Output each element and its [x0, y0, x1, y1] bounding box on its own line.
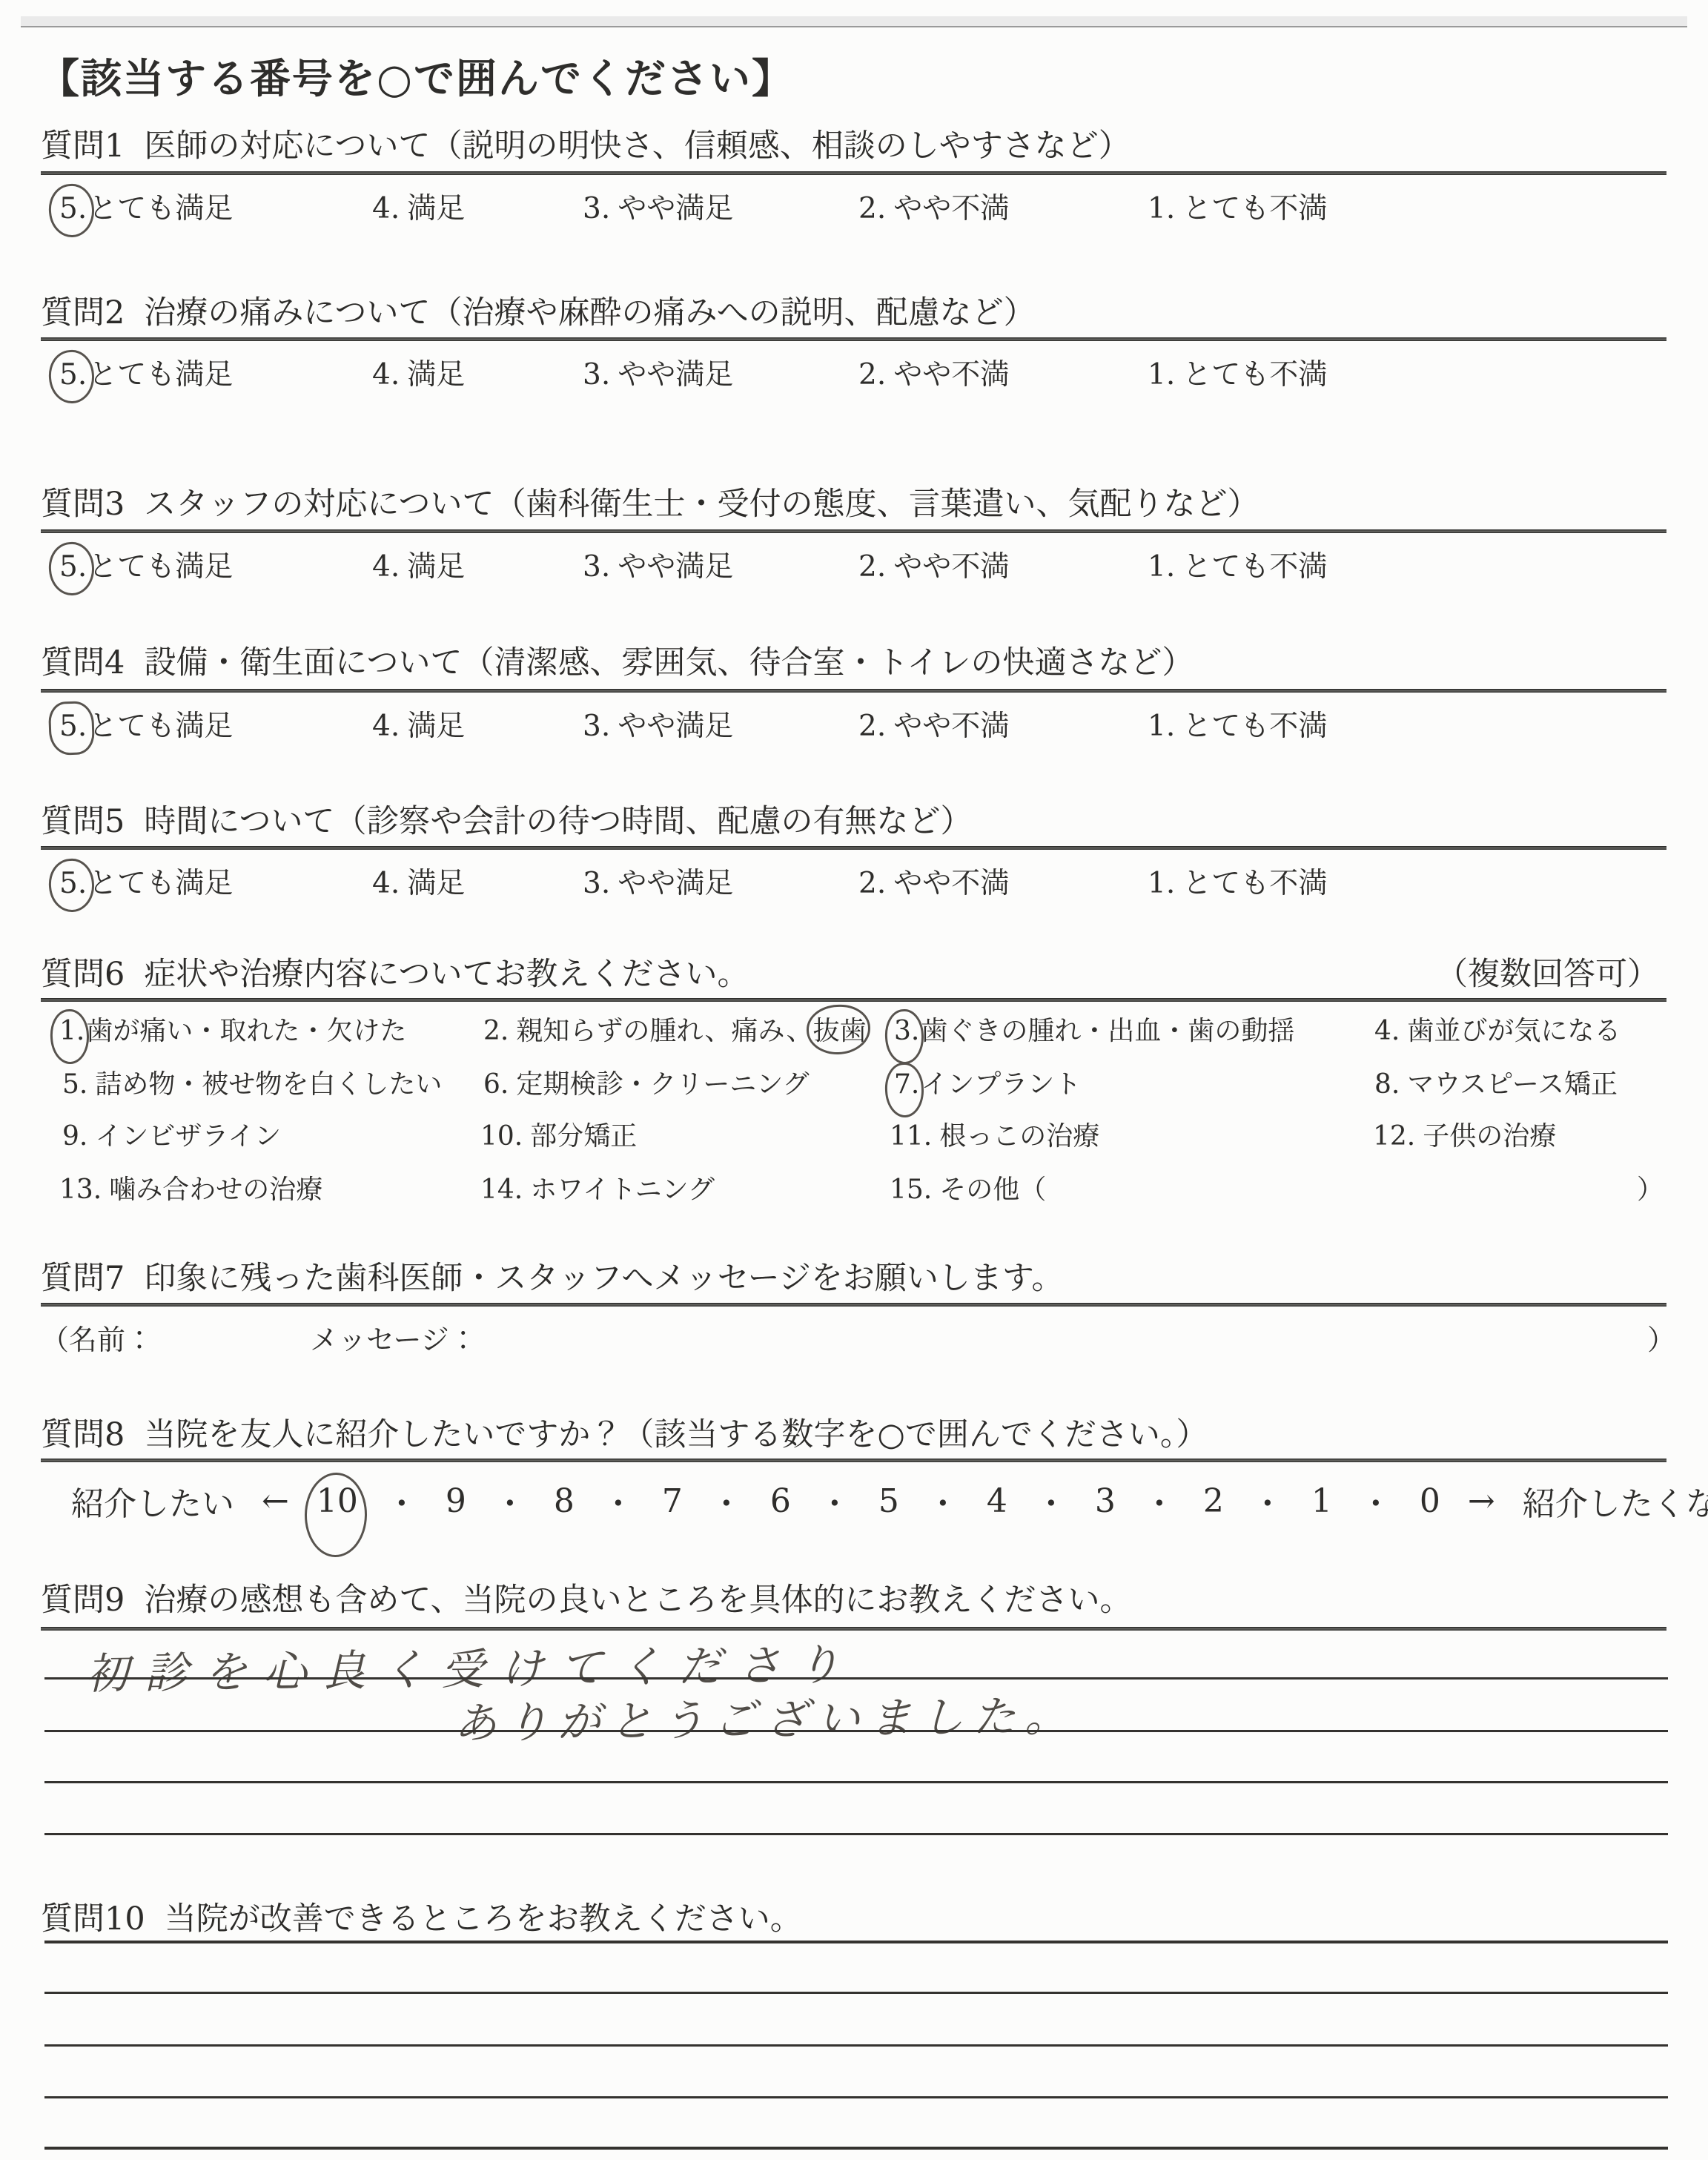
ruled-line	[44, 1941, 1668, 1943]
scale-option-5: 5.とても満足	[59, 351, 233, 393]
question-4-options: 5.とても満足 4.満足 3.やや満足 2.やや不満 1.とても不満	[0, 703, 1708, 747]
scale-option-3: 3.やや満足	[583, 185, 733, 227]
question-title: 治療の痛みについて（治療や麻酔の痛みへの説明、配慮など）	[144, 294, 1035, 331]
nps-scale-row: 紹介したい ← 10 ・ 9 ・ 8 ・ 7 ・ 6 ・ 5 ・ 4 ・ 3 ・…	[71, 1477, 1708, 1525]
q6-option-11: 11.根っこの治療	[890, 1115, 1099, 1153]
question-label: 質問3	[41, 486, 125, 523]
multiple-answers-note: （複数回答可）	[1436, 949, 1659, 994]
q6-option-15: 15.その他（	[890, 1169, 1046, 1206]
scale-option-4: 4.満足	[372, 351, 465, 393]
ruled-line	[44, 1992, 1668, 1994]
question-2-header: 質問2治療の痛みについて（治療や麻酔の痛みへの説明、配慮など）	[41, 288, 1036, 333]
question-label: 質問8	[41, 1416, 125, 1453]
q6-option-6: 6.定期検診・クリーニング	[483, 1063, 810, 1101]
question-label: 質問2	[41, 294, 125, 331]
q6-option-5: 5.詰め物・被せ物を白くしたい	[62, 1063, 442, 1101]
question-1-header: 質問1医師の対応について（説明の明快さ、信頼感、相談のしやすさなど）	[41, 121, 1131, 166]
question-label: 質問5	[41, 803, 125, 840]
name-field-label: （名前：	[41, 1317, 153, 1358]
header-underline	[41, 689, 1666, 693]
question-title: 治療の感想も含めて、当院の良いところを具体的にお教えください。	[144, 1582, 1131, 1619]
header-underline	[41, 998, 1666, 1002]
question-6-row-2: 5.詰め物・被せ物を白くしたい 6.定期検診・クリーニング 7.インプラント 8…	[0, 1063, 1708, 1108]
question-6-row-4: 13.噛み合わせの治療 14.ホワイトニング 15.その他（ ）	[0, 1169, 1708, 1213]
left-arrow-icon: ←	[262, 1482, 289, 1520]
question-label: 質問7	[41, 1260, 125, 1297]
scale-option-5: 5.とても満足	[59, 860, 233, 902]
scale-option-2: 2.やや不満	[858, 185, 1009, 227]
q6-option-8: 8.マウスピース矯正	[1374, 1063, 1618, 1101]
scale-right-label: 紹介したくない	[1523, 1477, 1708, 1525]
question-7-header: 質問7印象に残った歯科医師・スタッフへメッセージをお願いします。	[41, 1253, 1063, 1298]
handwritten-circle: 5.	[59, 358, 88, 392]
question-9-header: 質問9治療の感想も含めて、当院の良いところを具体的にお教えください。	[41, 1575, 1132, 1620]
survey-form-scan: 【該当する番号を○で囲んでください】 質問1医師の対応について（説明の明快さ、信…	[0, 0, 1708, 2160]
ruled-line	[44, 1730, 1668, 1732]
question-6-row-1: 1.歯が痛い・取れた・欠けた 2.親知らずの腫れ、痛み、抜歯 3.歯ぐきの腫れ・…	[0, 1010, 1708, 1054]
question-7-answer-row: （名前： メッセージ： ）	[0, 1317, 1708, 1361]
q6-option-4: 4.歯並びが気になる	[1374, 1010, 1621, 1048]
question-3-header: 質問3スタッフの対応について（歯科衛生士・受付の態度、言葉遣い、気配りなど）	[41, 479, 1260, 524]
header-underline	[41, 529, 1666, 533]
scale-option-5: 5.とても満足	[59, 185, 233, 227]
handwritten-circle: 抜歯	[813, 1010, 867, 1048]
q6-option-10: 10.部分矯正	[480, 1115, 637, 1153]
question-10-header: 質問10当院が改善できるところをお教えください。	[41, 1894, 802, 1939]
handwritten-circle: 7.	[894, 1069, 921, 1100]
question-label: 質問4	[41, 644, 125, 681]
question-3-options: 5.とても満足 4.満足 3.やや満足 2.やや不満 1.とても不満	[0, 544, 1708, 588]
question-title: 医師の対応について（説明の明快さ、信頼感、相談のしやすさなど）	[144, 128, 1130, 165]
dot-separator: ・	[818, 1477, 851, 1525]
ruled-line	[44, 1677, 1668, 1680]
scale-option-1: 1.とても不満	[1148, 544, 1327, 585]
question-label: 質問6	[41, 956, 125, 993]
dot-separator: ・	[1035, 1477, 1067, 1525]
scale-option-5: 5.とても満足	[59, 544, 233, 585]
question-8-header: 質問8当院を友人に紹介したいですか？（該当する数字を○で囲んでください。）	[41, 1410, 1208, 1455]
scale-number-3: 3	[1095, 1482, 1116, 1520]
question-2-options: 5.とても満足 4.満足 3.やや満足 2.やや不満 1.とても不満	[0, 351, 1708, 396]
dot-separator: ・	[385, 1477, 418, 1525]
scale-option-4: 4.満足	[372, 860, 465, 902]
scale-option-4: 4.満足	[372, 703, 465, 744]
dot-separator: ・	[1251, 1477, 1284, 1525]
dot-separator: ・	[494, 1477, 526, 1525]
question-4-header: 質問4設備・衛生面について（清潔感、雰囲気、待合室・トイレの快適さなど）	[41, 638, 1194, 683]
scale-option-3: 3.やや満足	[583, 703, 733, 744]
scale-option-5: 5.とても満足	[59, 703, 233, 744]
scale-number-7: 7	[662, 1482, 683, 1520]
dot-separator: ・	[602, 1477, 635, 1525]
scan-artifact-band	[21, 16, 1687, 27]
q6-option-9: 9.インビザライン	[62, 1115, 281, 1153]
handwritten-circle: 5.	[59, 867, 88, 900]
question-title: 当院を友人に紹介したいですか？（該当する数字を○で囲んでください。）	[144, 1416, 1208, 1453]
scale-option-3: 3.やや満足	[583, 860, 733, 902]
right-arrow-icon: →	[1468, 1482, 1495, 1520]
q6-option-3: 3.歯ぐきの腫れ・出血・歯の動揺	[894, 1010, 1294, 1048]
ruled-line	[44, 2147, 1668, 2150]
dot-separator: ・	[927, 1477, 959, 1525]
question-label: 質問10	[41, 1900, 145, 1938]
ruled-line	[44, 2044, 1668, 2047]
scale-number-10: 10	[317, 1482, 358, 1520]
q6-option-13: 13.噛み合わせの治療	[59, 1169, 322, 1206]
header-underline	[41, 846, 1666, 850]
scale-option-2: 2.やや不満	[858, 544, 1009, 585]
question-title: 印象に残った歯科医師・スタッフへメッセージをお願いします。	[144, 1260, 1063, 1297]
scale-option-3: 3.やや満足	[583, 544, 733, 585]
scale-option-2: 2.やや不満	[858, 860, 1009, 902]
question-1-options: 5.とても満足 4.満足 3.やや満足 2.やや不満 1.とても不満	[0, 185, 1708, 230]
scale-number-8: 8	[554, 1482, 575, 1520]
scale-option-4: 4.満足	[372, 544, 465, 585]
question-5-options: 5.とても満足 4.満足 3.やや満足 2.やや不満 1.とても不満	[0, 860, 1708, 905]
scale-option-4: 4.満足	[372, 185, 465, 227]
question-label: 質問1	[41, 128, 125, 165]
q6-option-1: 1.歯が痛い・取れた・欠けた	[59, 1010, 406, 1048]
header-underline	[41, 171, 1666, 175]
scale-number-5: 5	[878, 1482, 899, 1520]
header-underline	[41, 1459, 1666, 1462]
question-title: 症状や治療内容についてお教えください。	[144, 956, 749, 993]
handwritten-circle: 1.	[59, 1016, 86, 1046]
q6-option-2: 2.親知らずの腫れ、痛み、抜歯	[483, 1010, 867, 1048]
ruled-line	[44, 2096, 1668, 2098]
scale-option-3: 3.やや満足	[583, 351, 733, 393]
ruled-line	[44, 1833, 1668, 1835]
header-underline	[41, 337, 1666, 341]
question-title: スタッフの対応について（歯科衛生士・受付の態度、言葉遣い、気配りなど）	[144, 486, 1259, 523]
ruled-line	[44, 1781, 1668, 1783]
dot-separator: ・	[1360, 1477, 1392, 1525]
q6-option-12: 12.子供の治療	[1373, 1115, 1556, 1153]
handwritten-circle: 3.	[894, 1016, 921, 1046]
question-title: 当院が改善できるところをお教えください。	[165, 1900, 802, 1938]
handwritten-circle: 5.	[59, 192, 88, 225]
handwritten-circle: 5.	[59, 710, 88, 743]
scale-number-1: 1	[1311, 1482, 1332, 1520]
scale-number-6: 6	[770, 1482, 791, 1520]
scale-left-label: 紹介したい	[71, 1477, 234, 1525]
question-title: 時間について（診察や会計の待つ時間、配慮の有無など）	[144, 803, 972, 840]
scale-number-0: 0	[1420, 1482, 1440, 1520]
scale-number-9: 9	[446, 1482, 466, 1520]
scale-number-2: 2	[1203, 1482, 1224, 1520]
close-paren: ）	[1647, 1317, 1675, 1358]
page-title: 【該当する番号を○で囲んでください】	[39, 46, 794, 105]
q6-option-7: 7.インプラント	[894, 1063, 1081, 1101]
message-field-label: メッセージ：	[310, 1317, 477, 1358]
question-6-row-3: 9.インビザライン 10.部分矯正 11.根っこの治療 12.子供の治療	[0, 1115, 1708, 1160]
dot-separator: ・	[1143, 1477, 1176, 1525]
scale-option-1: 1.とても不満	[1148, 185, 1327, 227]
header-underline	[41, 1303, 1666, 1307]
scale-number-4: 4	[987, 1482, 1007, 1520]
scale-option-1: 1.とても不満	[1148, 860, 1327, 902]
handwritten-circle: 5.	[59, 550, 88, 584]
handwritten-answer-line-2: ありがとうございました。	[454, 1681, 1077, 1751]
question-label: 質問9	[41, 1582, 125, 1619]
scale-option-1: 1.とても不満	[1148, 351, 1327, 393]
dot-separator: ・	[710, 1477, 743, 1525]
q6-option-14: 14.ホワイトニング	[480, 1169, 715, 1206]
scale-option-1: 1.とても不満	[1148, 703, 1327, 744]
scale-option-2: 2.やや不満	[858, 351, 1009, 393]
q6-option-15-close-paren: ）	[1637, 1169, 1664, 1206]
question-5-header: 質問5時間について（診察や会計の待つ時間、配慮の有無など）	[41, 796, 973, 842]
question-title: 設備・衛生面について（清潔感、雰囲気、待合室・トイレの快適さなど）	[144, 644, 1194, 681]
scale-option-2: 2.やや不満	[858, 703, 1009, 744]
question-6-header: 質問6症状や治療内容についてお教えください。	[41, 949, 749, 994]
handwritten-circle: 10	[317, 1482, 358, 1520]
